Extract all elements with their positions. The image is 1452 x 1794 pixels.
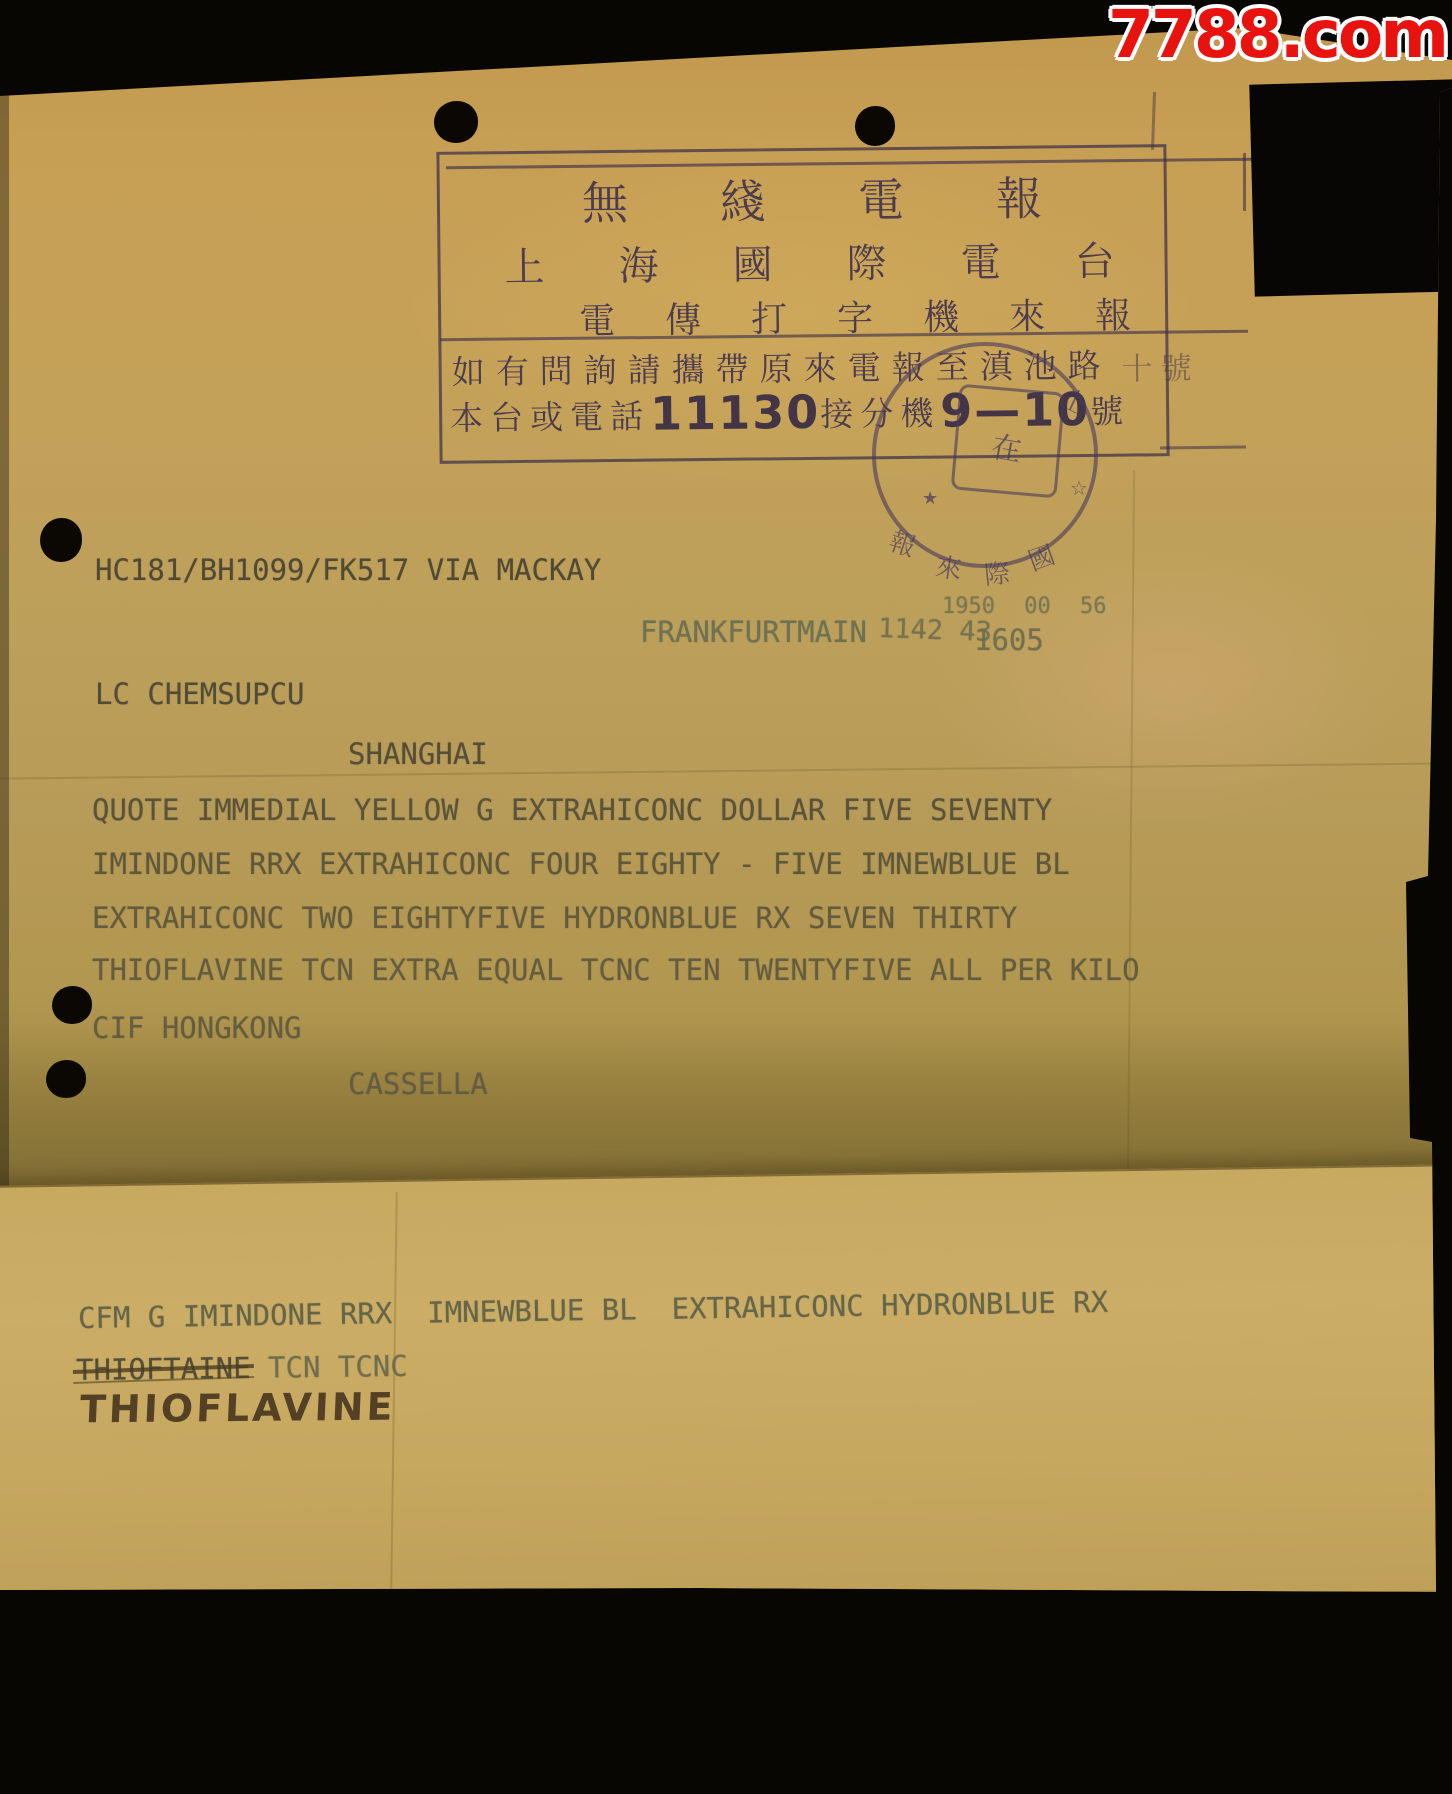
punch-hole xyxy=(434,101,478,143)
stamp-station-name: 上海國際電台 xyxy=(504,229,1189,293)
message-line: CIF HONGKONG xyxy=(92,1014,302,1043)
addressee-line: LC CHEMSUPCU xyxy=(95,680,305,709)
punch-hole xyxy=(855,106,895,146)
time-stamp-small: 1950 00 56 xyxy=(942,592,1106,621)
telegram-paper: 無綫電報 上海國際電台 電傳打字機來報 如有問詢請攜帶原來電報至滇池路 十號 本… xyxy=(0,0,1452,1794)
stamp-address-number: 十號 xyxy=(1121,343,1199,389)
confirmation-line-struck: THIOFTAINE TCN TCNC xyxy=(76,1352,408,1385)
stamp-box-bottom-extension xyxy=(1160,446,1246,450)
sender-signature: CASSELLA xyxy=(348,1070,488,1099)
stray-ink-mark xyxy=(1151,92,1156,150)
destination-city: SHANGHAI xyxy=(348,740,488,769)
torn-corner-background xyxy=(1249,79,1452,296)
message-line: EXTRAHICONC TWO EIGHTYFIVE HYDRONBLUE RX… xyxy=(92,904,1017,933)
punch-hole xyxy=(52,986,92,1024)
message-line: QUOTE IMMEDIAL YELLOW G EXTRAHICONC DOLL… xyxy=(92,796,1052,825)
stamp-box-right-stub xyxy=(1243,153,1246,211)
postmark-rim-char: ☆ xyxy=(1070,476,1088,500)
struck-word: THIOFTAINE xyxy=(76,1354,251,1385)
postmark-rim-char: 際 xyxy=(982,553,1012,593)
punch-hole xyxy=(40,518,82,562)
horizontal-crease xyxy=(0,762,1452,779)
routing-line: HC181/BH1099/FK517 VIA MACKAY xyxy=(95,556,601,585)
photo-of-telegram: 無綫電報 上海國際電台 電傳打字機來報 如有問詢請攜帶原來電報至滇池路 十號 本… xyxy=(0,0,1452,1794)
origin-city: FRANKFURTMAIN xyxy=(640,618,867,647)
message-line: IMINDONE RRX EXTRAHICONC FOUR EIGHTY - F… xyxy=(92,850,1070,879)
time-value: 1605 xyxy=(974,626,1044,655)
postmark-rim-char: 來 xyxy=(934,546,965,586)
postmark-rim-char: ★ xyxy=(922,488,938,509)
phone-number: 11130 xyxy=(650,385,821,441)
message-line: THIOFLAVINE TCN EXTRA EQUAL TCNC TEN TWE… xyxy=(92,956,1140,985)
punch-hole xyxy=(46,1060,86,1098)
site-watermark: 7788.com xyxy=(1108,0,1446,73)
confirmation-rest: TCN TCNC xyxy=(250,1349,408,1385)
postmark-rim-char: 報 xyxy=(885,521,921,564)
handwritten-correction: THIOFLAVINE xyxy=(79,1385,397,1432)
stamp-title: 無綫電報 xyxy=(582,162,1135,234)
shadow-band xyxy=(0,1020,1452,1188)
phone-line-suffix: 號 xyxy=(1090,385,1130,432)
phone-line-prefix: 本台或電話 xyxy=(450,390,650,439)
